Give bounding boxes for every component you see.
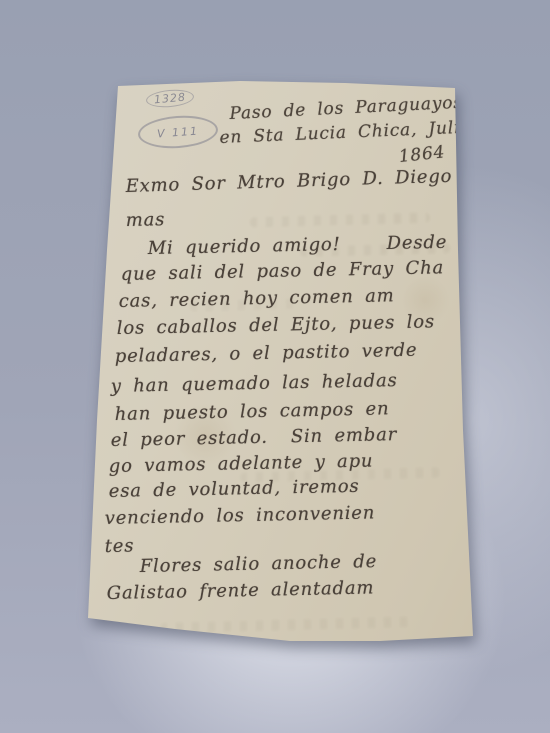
salutation-line: Exmo Sor Mtro Brigo D. Diego La xyxy=(125,165,488,197)
closing-line: Galistao frente alentadam xyxy=(107,577,375,604)
ink-showthrough xyxy=(160,617,410,634)
body-line: y han quemado las heladas xyxy=(111,370,398,397)
oval-stamp: V 111 xyxy=(137,113,219,151)
body-line: los caballos del Ejto, pues los xyxy=(117,311,436,339)
body-line: cas, recien hoy comen am xyxy=(119,285,395,312)
ink-showthrough xyxy=(250,213,430,228)
body-line: venciendo los inconvenien xyxy=(105,502,376,529)
letter-paper: 1328 V 111 Paso de los Paraguayos en Sta… xyxy=(0,0,550,733)
body-line: esa de voluntad, iremos xyxy=(109,476,360,502)
body-line: Mi querido amigo! Desde xyxy=(148,232,448,259)
oval-stamp-text: V 111 xyxy=(157,124,200,140)
body-line: el peor estado. Sin embar xyxy=(111,424,398,451)
body-line: peladares, o el pastito verde xyxy=(115,340,418,367)
salutation-line: mas xyxy=(126,209,166,231)
paper-shadow-wrap: 1328 V 111 Paso de los Paraguayos en Sta… xyxy=(0,0,550,733)
body-line: tes xyxy=(105,535,135,557)
photo-scene: 1328 V 111 Paso de los Paraguayos en Sta… xyxy=(0,0,550,733)
body-line: que sali del paso de Fray Cha xyxy=(121,257,445,285)
body-line: han puesto los campos en xyxy=(115,398,390,425)
pencil-catalog-number: 1328 xyxy=(145,88,194,109)
closing-line: Flores salio anoche de xyxy=(140,551,378,577)
heading-line: 1864 xyxy=(398,142,446,167)
